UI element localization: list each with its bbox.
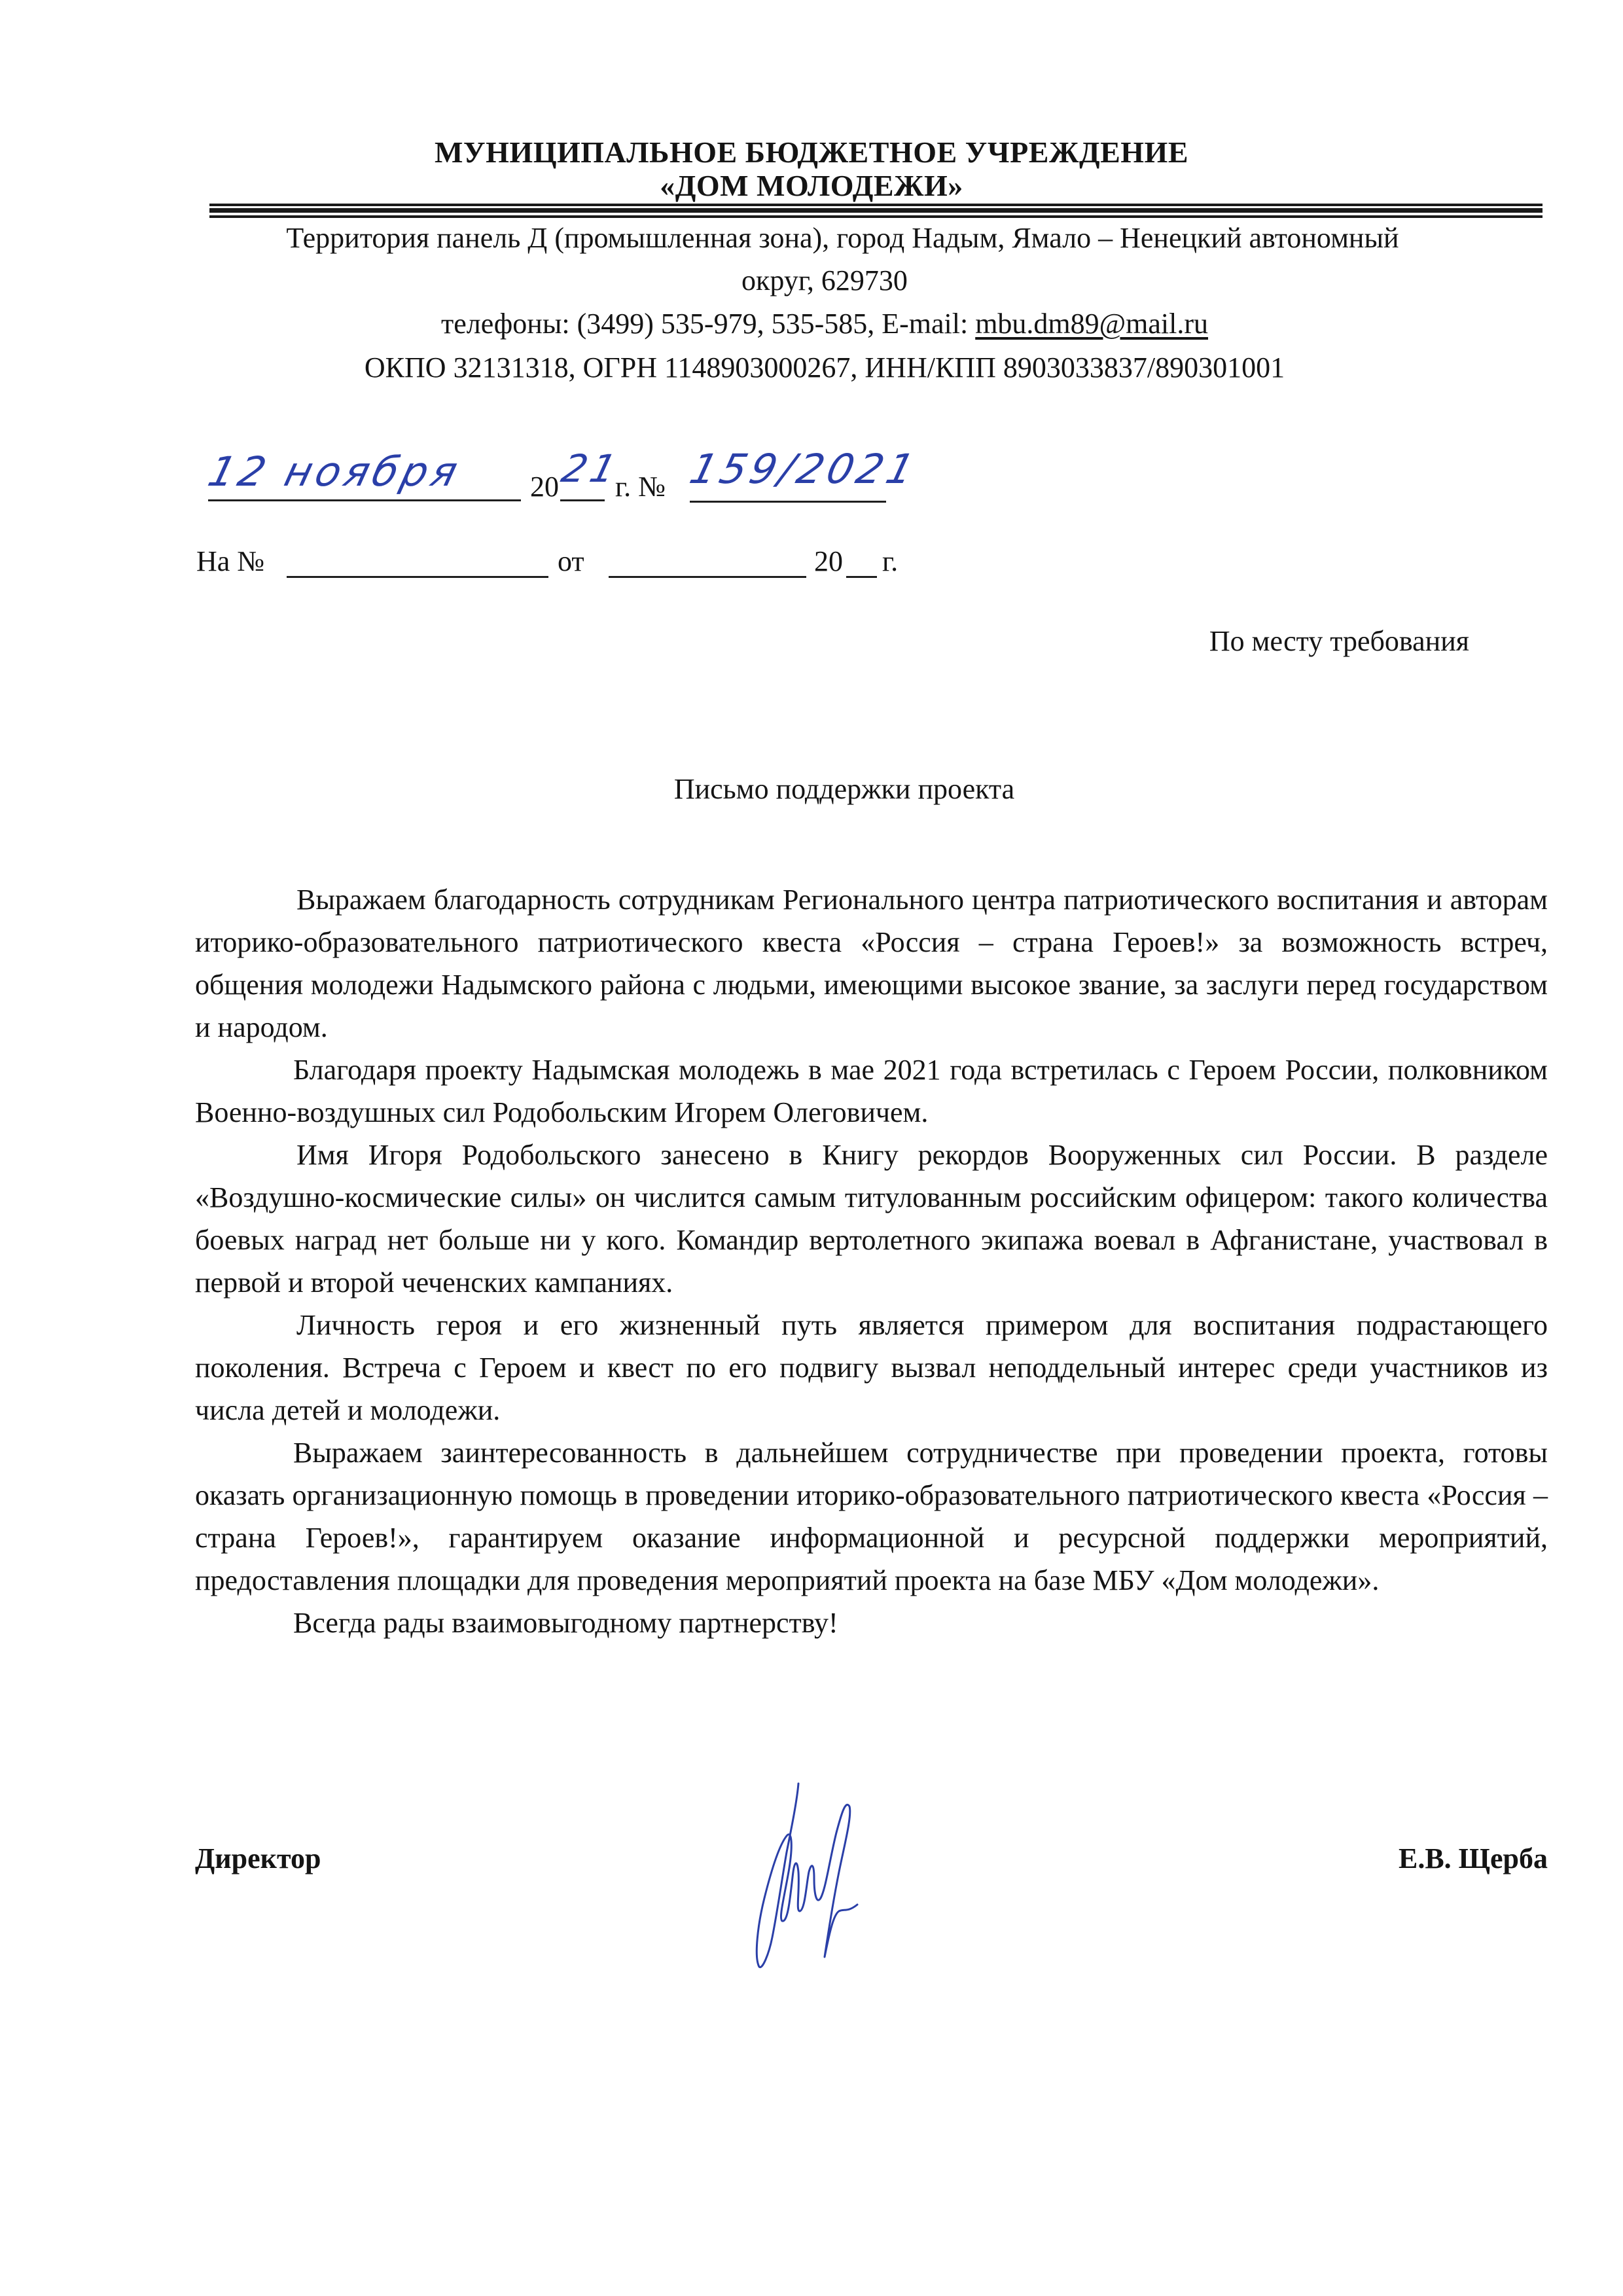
handwritten-signature-icon: [753, 1780, 923, 1980]
body-paragraph-3: Имя Игоря Родобольского занесено в Книгу…: [195, 1134, 1548, 1304]
letterhead-rule-top: [209, 204, 1543, 206]
letterhead-rule-middle: [209, 208, 1543, 213]
incoming-date-blank[interactable]: [609, 576, 806, 578]
year-prefix: 20: [530, 469, 559, 505]
incoming-year-blank[interactable]: [846, 576, 877, 578]
incoming-date-label: от: [558, 543, 584, 580]
registry-line: ОКПО 32131318, ОГРН 1148903000267, ИНН/К…: [0, 350, 1623, 386]
address-line-2: округ, 629730: [0, 262, 1623, 299]
incoming-year-suffix: г.: [882, 543, 898, 580]
signatory-name: Е.В. Щерба: [1399, 1840, 1548, 1877]
letterhead-rule-bottom: [209, 215, 1543, 218]
contacts-line: телефоны: (3499) 535-979, 535-585, E-mai…: [0, 306, 1623, 342]
year-handwritten: 21: [558, 446, 625, 491]
incoming-reference: На № от 20 г.: [196, 543, 916, 596]
org-name-line-1: МУНИЦИПАЛЬНОЕ БЮДЖЕТНОЕ УЧРЕЖДЕНИЕ: [0, 134, 1623, 171]
incoming-number-blank[interactable]: [287, 576, 548, 578]
number-blank-line: [690, 501, 886, 503]
signatory-role: Директор: [195, 1840, 321, 1877]
year-blank-line: [560, 499, 605, 501]
address-line-1: Территория панель Д (промышленная зона),…: [0, 220, 1623, 257]
letter-title: Письмо поддержки проекта: [0, 771, 1623, 808]
number-label: г. №: [615, 469, 666, 505]
date-blank-line: [208, 499, 521, 501]
body-paragraph-6: Всегда рады взаимовыгодному партнерству!: [195, 1602, 1548, 1644]
org-name-line-2: «ДОМ МОЛОДЕЖИ»: [0, 168, 1623, 204]
outgoing-date-handwritten: 12 ноября: [204, 448, 466, 495]
letter-body: Выражаем благодарность сотрудникам Регио…: [195, 878, 1548, 1644]
body-paragraph-5: Выражаем заинтересованность в дальнейшем…: [195, 1431, 1548, 1602]
phones-text: телефоны: (3499) 535-979, 535-585, E-mai…: [441, 308, 975, 340]
outgoing-reference: 12 ноября 20 21 г. № 159/2021: [196, 452, 916, 517]
body-paragraph-2: Благодаря проекту Надымская молодежь в м…: [195, 1049, 1548, 1134]
incoming-year-prefix: 20: [814, 543, 843, 580]
body-paragraph-1: Выражаем благодарность сотрудникам Регио…: [195, 878, 1548, 1049]
incoming-number-label: На №: [196, 543, 264, 580]
email-link[interactable]: mbu.dm89@mail.ru: [975, 308, 1208, 340]
body-paragraph-4: Личность героя и его жизненный путь явля…: [195, 1304, 1548, 1431]
outgoing-number-handwritten: 159/2021: [685, 445, 923, 493]
recipient: По месту требования: [1209, 623, 1469, 660]
